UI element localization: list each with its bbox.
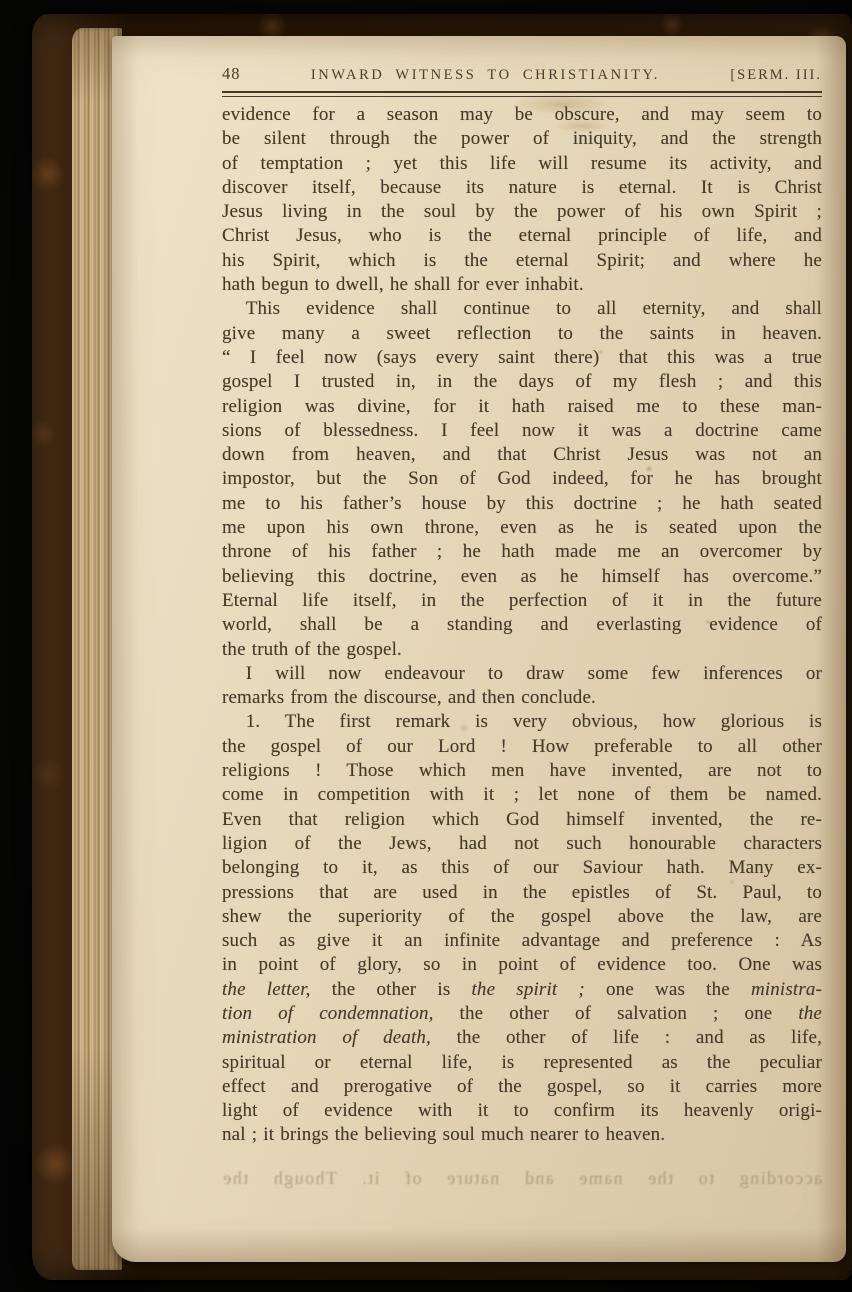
text-line: This evidence shall continue to all eter… — [222, 297, 822, 321]
text-line: me to his father’s house by this doctrin… — [222, 492, 822, 516]
text-line: down from heaven, and that Christ Jesus … — [222, 443, 822, 467]
text-line: of temptation ; yet this life will resum… — [222, 152, 822, 176]
page-header: 48 INWARD WITNESS TO CHRISTIANITY. [SERM… — [222, 64, 822, 84]
running-title: INWARD WITNESS TO CHRISTIANITY. — [311, 67, 660, 84]
text-line: gospel I trusted in, in the days of my f… — [222, 370, 822, 394]
paragraph: evidence for a season may be obscure, an… — [222, 103, 822, 297]
text-line: give many a sweet reflection to the sain… — [222, 322, 822, 346]
book-photograph: 48 INWARD WITNESS TO CHRISTIANITY. [SERM… — [0, 0, 852, 1292]
text-line: come in competition with it ; let none o… — [222, 783, 822, 807]
paragraph: 1. The first remark is very obvious, how… — [222, 710, 822, 1147]
text-line: evidence for a season may be obscure, an… — [222, 103, 822, 127]
text-line: remarks from the discourse, and then con… — [222, 686, 822, 710]
text-line: world, shall be a standing and everlasti… — [222, 613, 822, 637]
text-line: belonging to it, as this of our Saviour … — [222, 856, 822, 880]
paragraph: I will now endeavour to draw some few in… — [222, 662, 822, 711]
text-line: spiritual or eternal life, is represente… — [222, 1051, 822, 1075]
text-line: 1. The first remark is very obvious, how… — [222, 710, 822, 734]
text-line: his Spirit, which is the eternal Spirit;… — [222, 249, 822, 273]
text-line: religions ! Those which men have invente… — [222, 759, 822, 783]
text-line: Christ Jesus, who is the eternal princip… — [222, 224, 822, 248]
text-line: throne of his father ; he hath made me a… — [222, 540, 822, 564]
text-line: ministration of death, the other of life… — [222, 1026, 822, 1050]
text-line: such as give it an infinite advantage an… — [222, 929, 822, 953]
text-line: pressions that are used in the epistles … — [222, 881, 822, 905]
page-number: 48 — [222, 64, 241, 84]
section-marker: [SERM. III. — [730, 67, 822, 84]
text-line: the truth of the gospel. — [222, 638, 822, 662]
text-line: be silent through the power of iniquity,… — [222, 127, 822, 151]
text-line: nal ; it brings the believing soul much … — [222, 1123, 822, 1147]
text-line: me upon his own throne, even as he is se… — [222, 516, 822, 540]
text-line: light of evidence with it to confirm its… — [222, 1099, 822, 1123]
text-line: discover itself, because its nature is e… — [222, 176, 822, 200]
text-line: Eternal life itself, in the perfection o… — [222, 589, 822, 613]
text-line: effect and prerogative of the gospel, so… — [222, 1075, 822, 1099]
header-double-rule — [222, 91, 822, 97]
book-page: 48 INWARD WITNESS TO CHRISTIANITY. [SERM… — [112, 36, 846, 1262]
text-line: impostor, but the Son of God indeed, for… — [222, 467, 822, 491]
text-line: hath begun to dwell, he shall for ever i… — [222, 273, 822, 297]
text-line: in point of glory, so in point of eviden… — [222, 953, 822, 977]
text-line: the letter, the other is the spirit ; on… — [222, 978, 822, 1002]
text-line: I will now endeavour to draw some few in… — [222, 662, 822, 686]
text-line: “ I feel now (says every saint there) th… — [222, 346, 822, 370]
paragraph: This evidence shall continue to all eter… — [222, 297, 822, 661]
text-line: Jesus living in the soul by the power of… — [222, 200, 822, 224]
text-line: believing this doctrine, even as he hims… — [222, 565, 822, 589]
text-line: tion of condemnation, the other of salva… — [222, 1002, 822, 1026]
bleed-through-text: according to the name and nature of it. … — [222, 1168, 822, 1189]
text-line: shew the superiority of the gospel above… — [222, 905, 822, 929]
text-line: Even that religion which God himself inv… — [222, 808, 822, 832]
text-line: sions of blessedness. I feel now it was … — [222, 419, 822, 443]
text-line: religion was divine, for it hath raised … — [222, 395, 822, 419]
text-line: the gospel of our Lord ! How preferable … — [222, 735, 822, 759]
text-line: ligion of the Jews, had not such honoura… — [222, 832, 822, 856]
page-body: evidence for a season may be obscure, an… — [222, 103, 822, 1148]
